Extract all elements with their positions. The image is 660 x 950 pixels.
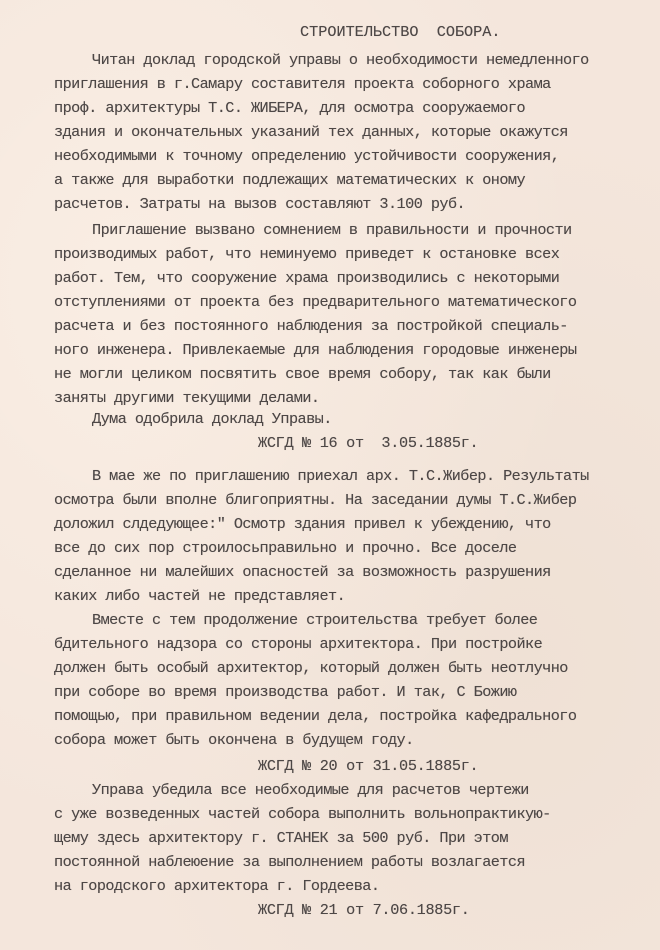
text-line: щему здесь архитектору г. СТАНЕК за 500 … [54,828,508,848]
text-line: Вместе с тем продолжение строительства т… [92,610,537,630]
text-line: каких либо частей не представляет. [54,586,345,606]
text-line: Читан доклад городской управы о необходи… [92,50,589,70]
text-line: не могли целиком посвятить свое время со… [54,364,551,384]
text-line: с уже возведенных частей собора выполнит… [54,804,551,824]
text-line: сделанное ни малейших опасностей за возм… [54,562,551,582]
text-line: Дума одобрила доклад Управы. [92,409,332,429]
document-title: СТРОИТЕЛЬСТВО СОБОРА. [300,22,501,42]
text-line: отступлениями от проекта без предварител… [54,292,576,312]
text-line: В мае же по приглашению приехал арх. Т.С… [92,466,589,486]
text-line: на городского архитектора г. Гордеева. [54,876,379,896]
text-line: проф. архитектуры Т.С. ЖИБЕРА, для осмот… [54,98,525,118]
text-line: расчета и без постоянного наблюдения за … [54,316,568,336]
text-line: заняты другими текущими делами. [54,388,319,408]
text-line: расчетов. Затраты на вызов составляют 3.… [54,194,465,214]
typewritten-page: СТРОИТЕЛЬСТВО СОБОРА. Читан доклад город… [0,0,660,950]
text-line: помощью, при правильном ведении дела, по… [54,706,576,726]
text-line: Управа убедила все необходимые для расче… [92,780,529,800]
text-line: все до сих пор строилосьправильно и проч… [54,538,516,558]
text-line: Приглашение вызвано сомнением в правильн… [92,220,572,240]
journal-reference: ЖСГД № 21 от 7.06.1885г. [258,900,470,920]
text-line: постоянной наблеюение за выполнением раб… [54,852,525,872]
text-line: здания и окончательных указаний тех данн… [54,122,568,142]
text-line: а также для выработки подлежащих математ… [54,170,525,190]
text-line: приглашения в г.Самару составителя проек… [54,74,551,94]
journal-reference: ЖСГД № 20 от 31.05.1885г. [258,756,478,776]
text-line: должен быть особый архитектор, который д… [54,658,568,678]
text-line: производимых работ, что неминуемо привед… [54,244,559,264]
text-line: осмотра были вполне блигоприятны. На зас… [54,490,576,510]
journal-reference: ЖСГД № 16 от 3.05.1885г. [258,433,478,453]
text-line: собора может быть окончена в будущем год… [54,730,414,750]
text-line: ного инженера. Привлекаемые для наблюден… [54,340,576,360]
text-line: доложил слдедующее:" Осмотр здания приве… [54,514,551,534]
text-line: при соборе во время производства работ. … [54,682,516,702]
text-line: необходимыми к точному определению устой… [54,146,559,166]
text-line: работ. Тем, что сооружение храма произво… [54,268,559,288]
text-line: бдительного надзора со стороны архитекто… [54,634,542,654]
